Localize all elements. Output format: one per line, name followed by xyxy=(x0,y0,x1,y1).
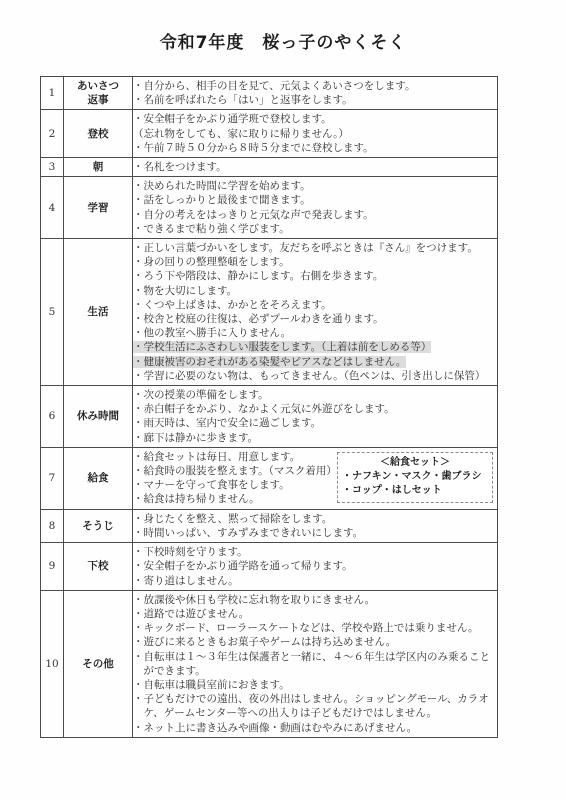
rule-item: ・身の回りの整理整頓をします。 xyxy=(133,255,497,269)
row-items: ・次の授業の準備をします。・赤白帽子をかぶり、なかよく元気に外遊びをします。・雨… xyxy=(133,386,498,448)
row-category: 朝 xyxy=(64,158,133,177)
lunch-set-title: ＜給食セット＞ xyxy=(342,456,488,470)
table-row: 8 そうじ ・身じたくを整え、黙って掃除をします。・時間いっぱい、すみずみまでき… xyxy=(41,509,498,542)
category-line: 朝 xyxy=(64,160,132,174)
table-row: 4 学習 ・決められた時間に学習を始めます。・話をしっかりと最後まで聞きます。・… xyxy=(41,177,498,239)
lunch-set-item: ・ナフキン・マスク・歯ブラシ xyxy=(342,470,488,484)
rule-item: ・安全帽子をかぶり通学班で登校します。 xyxy=(133,112,497,126)
table-row: 9 下校 ・下校時刻を守ります。・安全帽子をかぶり通学路を通って帰ります。・寄り… xyxy=(41,543,498,591)
table-row: 5 生活 ・正しい言葉づかいをします。友だちを呼ぶときは『さん』をつけます。・身… xyxy=(41,239,498,386)
row-number: 3 xyxy=(41,158,64,177)
category-line: 休み時間 xyxy=(64,409,132,423)
page-title: 令和7年度 桜っ子のやくそく xyxy=(0,28,566,53)
rule-item: ・校舎と校庭の往復は、必ずプールわきを通ります。 xyxy=(133,312,497,326)
rule-item: ・道路では遊びません。 xyxy=(133,607,497,621)
rule-item: ・学習に必要のない物は、もってきません。（色ペンは、引き出しに保管） xyxy=(133,369,497,383)
row-items: ・下校時刻を守ります。・安全帽子をかぶり通学路を通って帰ります。・寄り道はしませ… xyxy=(133,543,498,591)
category-line: 登校 xyxy=(64,127,132,141)
rule-item: ・話をしっかりと最後まで聞きます。 xyxy=(133,193,497,207)
table-row: 1 あいさつ返事 ・自分から、相手の目を見て、元気よくあいさつをします。・名前を… xyxy=(41,77,498,110)
rule-item: （忘れ物をしても、家に取りに帰りません。） xyxy=(133,127,497,141)
lunch-set-box: ＜給食セット＞・ナフキン・マスク・歯ブラシ・コップ・はしセット xyxy=(337,452,493,503)
rule-item: ・学校生活にふさわしい服装をします。（上着は前をしめる等） xyxy=(133,340,497,354)
rule-item: ・できるまで粘り強く学びます。 xyxy=(133,222,497,236)
lunch-set-item: ・コップ・はしセット xyxy=(342,484,488,498)
row-category: 生活 xyxy=(64,239,133,386)
row-number: 2 xyxy=(41,110,64,158)
rule-item: ・ろう下や階段は、静かにします。右側を歩きます。 xyxy=(133,269,497,283)
rules-table: 1 あいさつ返事 ・自分から、相手の目を見て、元気よくあいさつをします。・名前を… xyxy=(40,76,498,738)
row-number: 7 xyxy=(41,447,64,509)
category-line: そうじ xyxy=(64,519,132,533)
rule-item: ・下校時刻を守ります。 xyxy=(133,545,497,559)
category-line: その他 xyxy=(64,657,132,671)
category-line: 返事 xyxy=(64,93,132,107)
rule-item: ・自転車は１〜３年生は保護者と一緒に、４〜６年生は学区内のみ乗ることができます。 xyxy=(133,650,497,678)
category-line: 学習 xyxy=(64,201,132,215)
row-items: ・正しい言葉づかいをします。友だちを呼ぶときは『さん』をつけます。・身の回りの整… xyxy=(133,239,498,386)
row-items: ・安全帽子をかぶり通学班で登校します。（忘れ物をしても、家に取りに帰りません。）… xyxy=(133,110,498,158)
category-line: あいさつ xyxy=(64,79,132,93)
table-row: 10 その他 ・放課後や休日も学校に忘れ物を取りにきません。・道路では遊びません… xyxy=(41,590,498,737)
row-items: ・決められた時間に学習を始めます。・話をしっかりと最後まで聞きます。・自分の考え… xyxy=(133,177,498,239)
row-number: 5 xyxy=(41,239,64,386)
rule-item: ・名前を呼ばれたら「はい」と返事をします。 xyxy=(133,93,497,107)
rule-item: ・他の教室へ勝手に入りません。 xyxy=(133,326,497,340)
row-category: 給食 xyxy=(64,447,133,509)
row-number: 4 xyxy=(41,177,64,239)
row-number: 1 xyxy=(41,77,64,110)
rule-item: ・子どもだけでの遠出、夜の外出はしません。ショッピングモール、カラオケ、ゲームセ… xyxy=(133,692,497,720)
row-category: 学習 xyxy=(64,177,133,239)
rule-item: ・寄り道はしません。 xyxy=(133,574,497,588)
rule-item: ・自分から、相手の目を見て、元気よくあいさつをします。 xyxy=(133,79,497,93)
rule-item: ・自転車は職員室前におきます。 xyxy=(133,678,497,692)
rule-item: ・名札をつけます。 xyxy=(133,160,497,174)
rule-item: ・ネット上に書き込みや画像・動画はむやみにあげません。 xyxy=(133,721,497,735)
rule-item: ・物を大切にします。 xyxy=(133,284,497,298)
highlighted-text: ・学校生活にふさわしい服装をします。（上着は前をしめる等） xyxy=(133,341,431,353)
rule-item: ・安全帽子をかぶり通学路を通って帰ります。 xyxy=(133,559,497,573)
row-items: ・自分から、相手の目を見て、元気よくあいさつをします。・名前を呼ばれたら「はい」… xyxy=(133,77,498,110)
row-items: ・給食セットは毎日、用意します。・給食時の服装を整えます。（マスク着用）・マナー… xyxy=(133,447,498,509)
rule-item: ・決められた時間に学習を始めます。 xyxy=(133,179,497,193)
category-line: 生活 xyxy=(64,305,132,319)
rule-item: ・キックボード、ローラースケートなどは、学校や路上では乗りません。 xyxy=(133,621,497,635)
row-category: そうじ xyxy=(64,509,133,542)
row-category: 登校 xyxy=(64,110,133,158)
rule-item: ・正しい言葉づかいをします。友だちを呼ぶときは『さん』をつけます。 xyxy=(133,241,497,255)
rule-item: ・時間いっぱい、すみずみまできれいにします。 xyxy=(133,526,497,540)
row-category: 休み時間 xyxy=(64,386,133,448)
row-number: 9 xyxy=(41,543,64,591)
category-line: 下校 xyxy=(64,559,132,573)
rule-item: ・赤白帽子をかぶり、なかよく元気に外遊びをします。 xyxy=(133,402,497,416)
rule-item: ・遊びに来るときもお菓子やゲームは持ち込めません。 xyxy=(133,635,497,649)
rule-item: ・次の授業の準備をします。 xyxy=(133,388,497,402)
rule-item: ・自分の考えをはっきりと元気な声で発表します。 xyxy=(133,208,497,222)
row-category: その他 xyxy=(64,590,133,737)
rule-item: ・身じたくを整え、黙って掃除をします。 xyxy=(133,512,497,526)
row-category: あいさつ返事 xyxy=(64,77,133,110)
rule-item: ・午前７時５０分から８時５分までに登校します。 xyxy=(133,141,497,155)
rule-item: ・くつや上ばきは、かかとをそろえます。 xyxy=(133,298,497,312)
row-items: ・名札をつけます。 xyxy=(133,158,498,177)
document-page: 令和7年度 桜っ子のやくそく 1 あいさつ返事 ・自分から、相手の目を見て、元気… xyxy=(0,0,566,800)
table-row: 2 登校 ・安全帽子をかぶり通学班で登校します。（忘れ物をしても、家に取りに帰り… xyxy=(41,110,498,158)
table-row: 3 朝 ・名札をつけます。 xyxy=(41,158,498,177)
row-number: 6 xyxy=(41,386,64,448)
row-number: 10 xyxy=(41,590,64,737)
rule-item: ・健康被害のおそれがある染髪やピアスなどはしません。 xyxy=(133,355,497,369)
row-category: 下校 xyxy=(64,543,133,591)
rule-item: ・廊下は静かに歩きます。 xyxy=(133,431,497,445)
row-items: ・身じたくを整え、黙って掃除をします。・時間いっぱい、すみずみまできれいにします… xyxy=(133,509,498,542)
row-number: 8 xyxy=(41,509,64,542)
rule-item: ・雨天時は、室内で安全に過ごします。 xyxy=(133,416,497,430)
table-row: 7 給食 ・給食セットは毎日、用意します。・給食時の服装を整えます。（マスク着用… xyxy=(41,447,498,509)
rule-item: ・放課後や休日も学校に忘れ物を取りにきません。 xyxy=(133,593,497,607)
table-row: 6 休み時間 ・次の授業の準備をします。・赤白帽子をかぶり、なかよく元気に外遊び… xyxy=(41,386,498,448)
row-items: ・放課後や休日も学校に忘れ物を取りにきません。・道路では遊びません。・キックボー… xyxy=(133,590,498,737)
category-line: 給食 xyxy=(64,471,132,485)
highlighted-text: ・健康被害のおそれがある染髪やピアスなどはしません。 xyxy=(133,356,406,368)
rules-table-body: 1 あいさつ返事 ・自分から、相手の目を見て、元気よくあいさつをします。・名前を… xyxy=(41,77,498,738)
